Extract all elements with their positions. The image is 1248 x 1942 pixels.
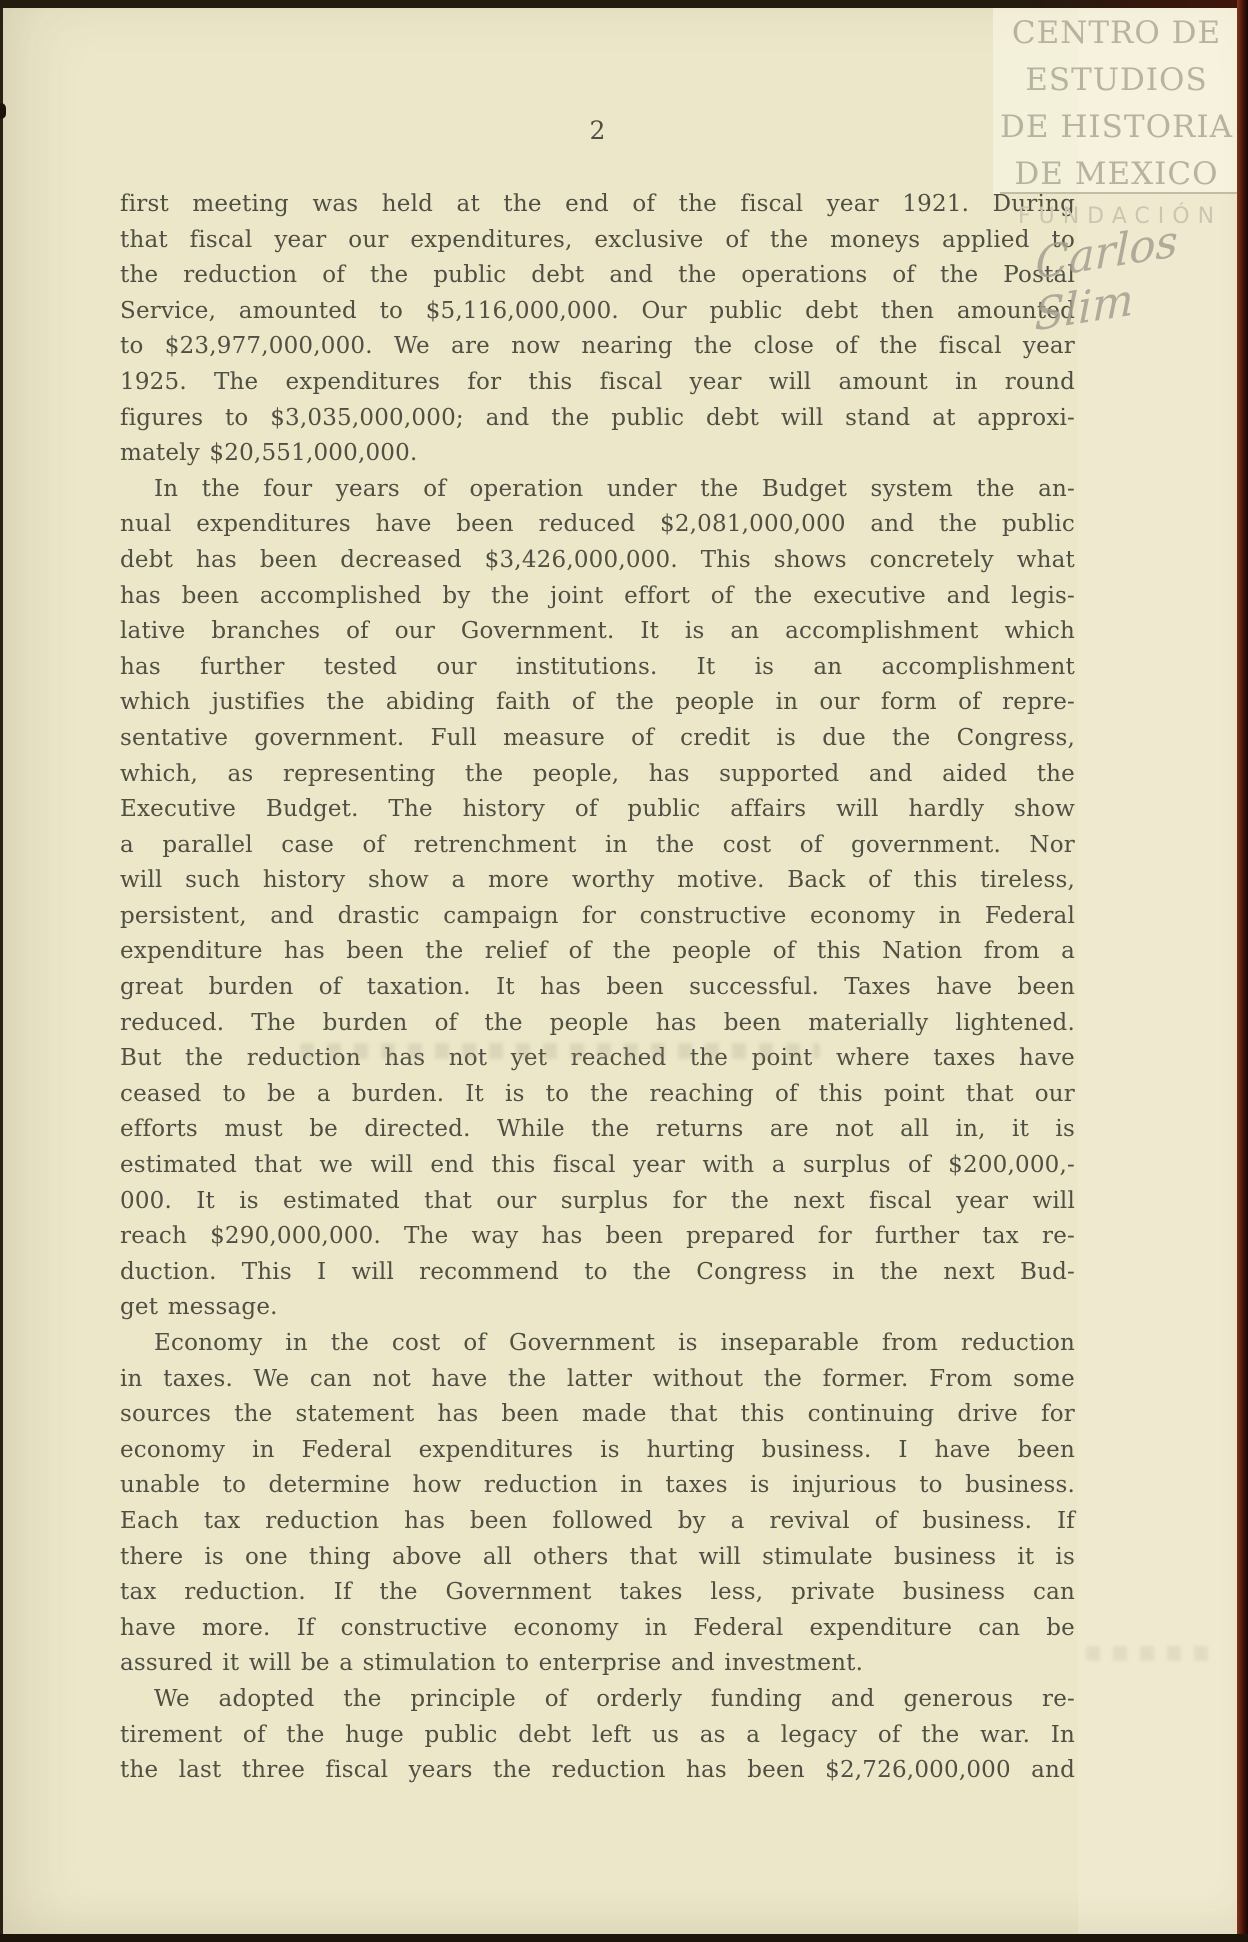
text-line: the last three fiscal years the reductio… xyxy=(120,1753,1075,1789)
text-line: first meeting was held at the end of the… xyxy=(120,187,1075,223)
text-line: get message. xyxy=(120,1290,1075,1326)
text-line: to $23,977,000,000. We are now nearing t… xyxy=(120,329,1075,365)
text-line: will such history show a more worthy mot… xyxy=(120,863,1075,899)
document-body: first meeting was held at the end of the… xyxy=(120,187,1075,1789)
text-line: nual expenditures have been reduced $2,0… xyxy=(120,507,1075,543)
text-line: efforts must be directed. While the retu… xyxy=(120,1112,1075,1148)
text-line: duction. This I will recommend to the Co… xyxy=(120,1255,1075,1291)
text-line: expenditure has been the relief of the p… xyxy=(120,934,1075,970)
paragraph: In the four years of operation under the… xyxy=(120,472,1075,1326)
text-line: tirement of the huge public debt left us… xyxy=(120,1718,1075,1754)
watermark-line: ESTUDIOS xyxy=(995,57,1238,104)
text-line: has been accomplished by the joint effor… xyxy=(120,579,1075,615)
text-line: Each tax reduction has been followed by … xyxy=(120,1504,1075,1540)
text-line: have more. If constructive economy in Fe… xyxy=(120,1611,1075,1647)
text-line: mately $20,551,000,000. xyxy=(120,436,1075,472)
text-line: Economy in the cost of Government is ins… xyxy=(120,1326,1075,1362)
bleed-through-artifact xyxy=(1086,1646,1216,1661)
scanned-page: 2 first meeting was held at the end of t… xyxy=(0,0,1248,1942)
scan-edge-notch xyxy=(0,103,6,119)
text-line: a parallel case of retrenchment in the c… xyxy=(120,828,1075,864)
text-line: that fiscal year our expenditures, exclu… xyxy=(120,223,1075,259)
text-line: there is one thing above all others that… xyxy=(120,1540,1075,1576)
text-line: which justifies the abiding faith of the… xyxy=(120,685,1075,721)
paragraph: Economy in the cost of Government is ins… xyxy=(120,1326,1075,1682)
text-line: economy in Federal expenditures is hurti… xyxy=(120,1433,1075,1469)
text-line: Executive Budget. The history of public … xyxy=(120,792,1075,828)
scan-border-right xyxy=(1237,0,1248,1942)
watermark-line: DE HISTORIA xyxy=(995,104,1238,151)
text-line: assured it will be a stimulation to ente… xyxy=(120,1646,1075,1682)
text-line: In the four years of operation under the… xyxy=(120,472,1075,508)
scan-border-top xyxy=(0,0,1248,8)
text-line: which, as representing the people, has s… xyxy=(120,757,1075,793)
text-line: the reduction of the public debt and the… xyxy=(120,258,1075,294)
text-line: reach $290,000,000. The way has been pre… xyxy=(120,1219,1075,1255)
text-line: ceased to be a burden. It is to the reac… xyxy=(120,1077,1075,1113)
text-line: figures to $3,035,000,000; and the publi… xyxy=(120,401,1075,437)
text-line: debt has been decreased $3,426,000,000. … xyxy=(120,543,1075,579)
text-line: persistent, and drastic campaign for con… xyxy=(120,899,1075,935)
text-line: in taxes. We can not have the latter wit… xyxy=(120,1362,1075,1398)
scan-border-bottom xyxy=(0,1934,1248,1942)
text-line: has further tested our institutions. It … xyxy=(120,650,1075,686)
watermark-line: CENTRO DE xyxy=(995,10,1238,57)
text-line: reduced. The burden of the people has be… xyxy=(120,1006,1075,1042)
text-line: sources the statement has been made that… xyxy=(120,1397,1075,1433)
text-line: 000. It is estimated that our surplus fo… xyxy=(120,1184,1075,1220)
scan-border-left xyxy=(0,8,3,1942)
paragraph: We adopted the principle of orderly fund… xyxy=(120,1682,1075,1789)
bleed-through-artifact xyxy=(300,1043,820,1059)
text-line: lative branches of our Government. It is… xyxy=(120,614,1075,650)
text-line: estimated that we will end this fiscal y… xyxy=(120,1148,1075,1184)
page-number: 2 xyxy=(120,116,1075,145)
text-line: tax reduction. If the Government takes l… xyxy=(120,1575,1075,1611)
text-line: We adopted the principle of orderly fund… xyxy=(120,1682,1075,1718)
watermark-line: DE MEXICO xyxy=(995,151,1238,198)
text-line: unable to determine how reduction in tax… xyxy=(120,1468,1075,1504)
text-line: great burden of taxation. It has been su… xyxy=(120,970,1075,1006)
text-line: sentative government. Full measure of cr… xyxy=(120,721,1075,757)
watermark-institution-name: CENTRO DE ESTUDIOS DE HISTORIA DE MEXICO xyxy=(995,10,1238,198)
watermark-divider xyxy=(1000,192,1240,194)
text-line: 1925. The expenditures for this fiscal y… xyxy=(120,365,1075,401)
text-line: Service, amounted to $5,116,000,000. Our… xyxy=(120,294,1075,330)
paragraph: first meeting was held at the end of the… xyxy=(120,187,1075,472)
